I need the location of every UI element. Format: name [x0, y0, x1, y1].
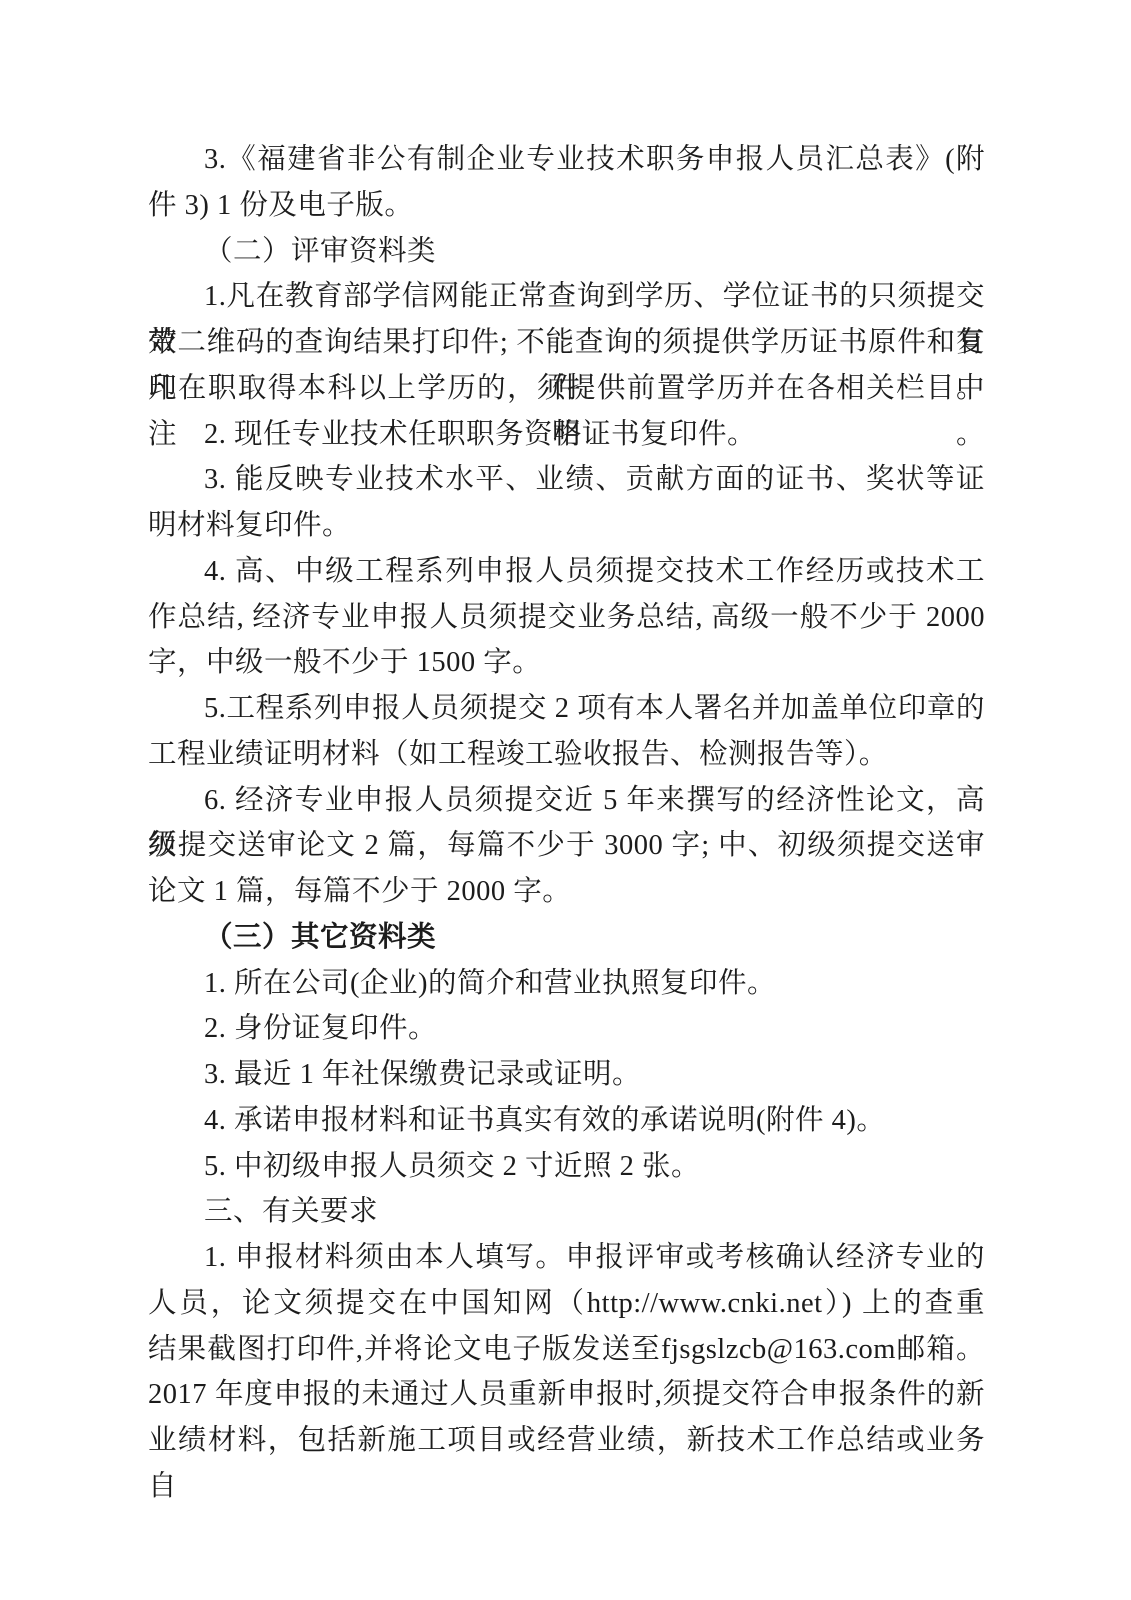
- doc-line: 3.《福建省非公有制企业专业技术职务申报人员汇总表》(附: [148, 137, 985, 183]
- doc-line: 业绩材料，包括新施工项目或经营业绩，新技术工作总结或业务自: [148, 1418, 985, 1464]
- doc-line: 1. 所在公司(企业)的简介和营业执照复印件。: [148, 961, 985, 1007]
- doc-line: 1.凡在教育部学信网能正常查询到学历、学位证书的只须提交带有: [148, 274, 985, 320]
- section-heading-requirements: 三、有关要求: [148, 1189, 985, 1235]
- section-heading-other-materials: （三）其它资料类: [148, 915, 985, 961]
- section-heading-review-materials: （二）评审资料类: [148, 229, 985, 275]
- doc-line: 5. 中初级申报人员须交 2 寸近照 2 张。: [148, 1144, 985, 1190]
- doc-line: 4. 承诺申报材料和证书真实有效的承诺说明(附件 4)。: [148, 1098, 985, 1144]
- doc-line: 结果截图打印件,并将论文电子版发送至fjsgslzcb@163.com邮箱。: [148, 1327, 985, 1373]
- doc-line: 5.工程系列申报人员须提交 2 项有本人署名并加盖单位印章的: [148, 686, 985, 732]
- doc-line: 3. 最近 1 年社保缴费记录或证明。: [148, 1052, 985, 1098]
- doc-line: 作总结, 经济专业申报人员须提交业务总结, 高级一般不少于 2000: [148, 595, 985, 641]
- doc-line: 字，中级一般不少于 1500 字。: [148, 640, 985, 686]
- doc-line: 1. 申报材料须由本人填写。申报评审或考核确认经济专业的: [148, 1235, 985, 1281]
- doc-line: 2017 年度申报的未通过人员重新申报时,须提交符合申报条件的新: [148, 1372, 985, 1418]
- doc-line: 人员，论文须提交在中国知网（http://www.cnki.net）) 上的查重: [148, 1281, 985, 1327]
- doc-line: 件 3) 1 份及电子版。: [148, 183, 985, 229]
- doc-line: 明材料复印件。: [148, 503, 985, 549]
- doc-line: 论文 1 篇，每篇不少于 2000 字。: [148, 869, 985, 915]
- doc-line: 凡在职取得本科以上学历的，须提供前置学历并在各相关栏目中注明。: [148, 366, 985, 412]
- doc-line: 2. 身份证复印件。: [148, 1006, 985, 1052]
- doc-line: 工程业绩证明材料（如工程竣工验收报告、检测报告等）。: [148, 732, 985, 778]
- doc-line: 3. 能反映专业技术水平、业绩、贡献方面的证书、奖状等证: [148, 457, 985, 503]
- doc-line: 须提交送审论文 2 篇，每篇不少于 3000 字; 中、初级须提交送审: [148, 823, 985, 869]
- doc-line: 4. 高、中级工程系列申报人员须提交技术工作经历或技术工: [148, 549, 985, 595]
- doc-line: 效二维码的查询结果打印件; 不能查询的须提供学历证书原件和复印件。: [148, 320, 985, 366]
- doc-line: 6. 经济专业申报人员须提交近 5 年来撰写的经济性论文，高级: [148, 778, 985, 824]
- document-page: 3.《福建省非公有制企业专业技术职务申报人员汇总表》(附 件 3) 1 份及电子…: [0, 0, 1131, 1600]
